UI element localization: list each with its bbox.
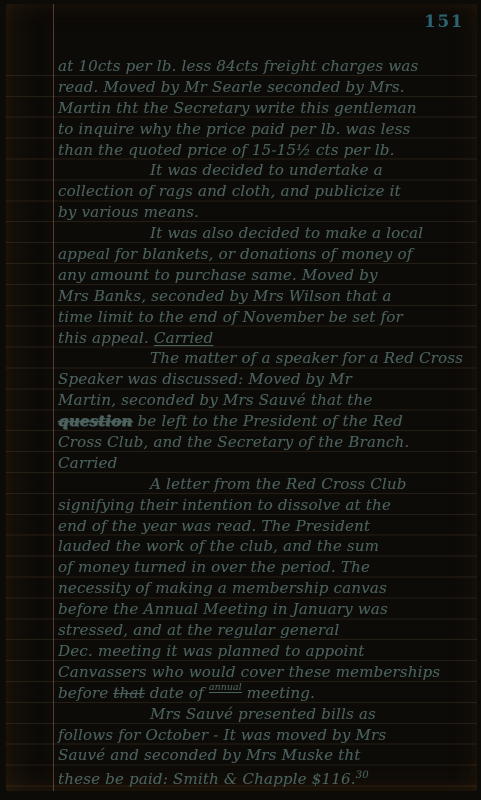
text-segment: Martin, seconded by Mrs Sauvé that the [58, 391, 372, 409]
handwritten-line: It was decided to undertake a [58, 160, 473, 181]
handwritten-line: at 10cts per lb. less 84cts freight char… [58, 56, 473, 77]
handwritten-line: this appeal. Carried [58, 328, 473, 349]
handwritten-line: Carried [58, 453, 473, 474]
text-segment: meeting. [242, 684, 315, 702]
handwritten-line: any amount to purchase same. Moved by [58, 265, 473, 286]
handwritten-line: Mrs Sauvé presented bills as [58, 704, 473, 725]
handwritten-line: Sauvé and seconded by Mrs Muske tht [58, 745, 473, 766]
text-segment: of money turned in over the period. The [58, 558, 370, 576]
handwritten-line: Cross Club, and the Secretary of the Bra… [58, 432, 473, 453]
handwritten-line: Canvassers who would cover these members… [58, 662, 473, 683]
handwritten-line: Martin tht the Secretary write this gent… [58, 98, 473, 119]
text-segment: necessity of making a membership canvas [58, 579, 387, 597]
text-segment: Mrs Banks, seconded by Mrs Wilson that a [58, 287, 392, 305]
text-segment: Cross Club, and the Secretary of the Bra… [58, 433, 409, 451]
handwritten-line: The matter of a speaker for a Red Cross [58, 348, 473, 369]
handwritten-line: read. Moved by Mr Searle seconded by Mrs… [58, 77, 473, 98]
text-segment: Sauvé and seconded by Mrs Muske tht [58, 746, 361, 764]
text-segment: time limit to the end of November be set… [58, 308, 403, 326]
handwritten-line: Mrs Banks, seconded by Mrs Wilson that a [58, 286, 473, 307]
text-segment: end of the year was read. The President [58, 517, 370, 535]
text-segment: It was also decided to make a local [150, 224, 423, 242]
text-segment: Dec. meeting it was planned to appoint [58, 642, 365, 660]
text-segment: Speaker was discussed: Moved by Mr [58, 370, 352, 388]
handwritten-line: by various means. [58, 202, 473, 223]
text-segment: Canvassers who would cover these members… [58, 663, 440, 681]
handwritten-line: Martin, seconded by Mrs Sauvé that the [58, 390, 473, 411]
text-segment: at 10cts per lb. less 84cts freight char… [58, 57, 418, 75]
scanned-page-photo: 151 at 10cts per lb. less 84cts freight … [0, 0, 481, 800]
text-segment-scribble: question [58, 412, 133, 430]
text-segment-sup: 30 [356, 770, 369, 781]
text-segment: any amount to purchase same. Moved by [58, 266, 378, 284]
handwritten-line: necessity of making a membership canvas [58, 578, 473, 599]
text-segment: lauded the work of the club, and the sum [58, 537, 379, 555]
text-segment: this appeal. [58, 329, 154, 347]
handwritten-line: stressed, and at the regular general [58, 620, 473, 641]
margin-rule-line [53, 4, 54, 791]
text-segment: read. Moved by Mr Searle seconded by Mrs… [58, 78, 405, 96]
handwritten-line: Speaker was discussed: Moved by Mr [58, 369, 473, 390]
text-segment: It was decided to undertake a [150, 161, 383, 179]
text-segment-ins: annual [209, 683, 242, 693]
page-number: 151 [424, 12, 464, 32]
handwritten-line: Dec. meeting it was planned to appoint [58, 641, 473, 662]
text-segment: follows for October - It was moved by Mr… [58, 726, 386, 744]
text-segment: A letter from the Red Cross Club [150, 475, 407, 493]
handwritten-line: It was also decided to make a local [58, 223, 473, 244]
text-segment: before [58, 684, 113, 702]
text-segment: Carried [58, 454, 117, 472]
text-segment: Martin tht the Secretary write this gent… [58, 99, 417, 117]
text-segment: be left to the President of the Red [133, 412, 403, 430]
handwritten-line: before that date of annual meeting. [58, 683, 473, 704]
handwritten-line: appeal for blankets, or donations of mon… [58, 244, 473, 265]
text-segment: these be paid: Smith & Chapple $116. [58, 770, 356, 788]
handwritten-line: than the quoted price of 15-15½ cts per … [58, 140, 473, 161]
text-segment: date of [145, 684, 209, 702]
text-segment: to inquire why the price paid per lb. wa… [58, 120, 410, 138]
handwritten-line: these be paid: Smith & Chapple $116.30 [58, 766, 473, 787]
text-segment: The matter of a speaker for a Red Cross [150, 349, 463, 367]
text-segment: Mrs Sauvé presented bills as [150, 705, 376, 723]
handwritten-line: collection of rags and cloth, and public… [58, 181, 473, 202]
text-segment: signifying their intention to dissolve a… [58, 496, 391, 514]
text-segment: by various means. [58, 203, 199, 221]
handwritten-line: question be left to the President of the… [58, 411, 473, 432]
handwritten-line: of money turned in over the period. The [58, 557, 473, 578]
ledger-page: 151 at 10cts per lb. less 84cts freight … [6, 4, 477, 791]
handwritten-line: follows for October - It was moved by Mr… [58, 725, 473, 746]
text-segment: stressed, and at the regular general [58, 621, 339, 639]
text-segment: collection of rags and cloth, and public… [58, 182, 401, 200]
text-segment: appeal for blankets, or donations of mon… [58, 245, 412, 263]
handwritten-line: time limit to the end of November be set… [58, 307, 473, 328]
handwritten-line: before the Annual Meeting in January was [58, 599, 473, 620]
text-segment-strike: that [113, 684, 144, 702]
handwritten-line: end of the year was read. The President [58, 516, 473, 537]
handwriting: at 10cts per lb. less 84cts freight char… [58, 56, 473, 787]
text-segment: than the quoted price of 15-15½ cts per … [58, 141, 395, 159]
text-segment-u: Carried [154, 329, 213, 347]
handwritten-line: signifying their intention to dissolve a… [58, 495, 473, 516]
handwritten-line: to inquire why the price paid per lb. wa… [58, 119, 473, 140]
handwritten-line: A letter from the Red Cross Club [58, 474, 473, 495]
text-segment: before the Annual Meeting in January was [58, 600, 388, 618]
handwritten-line: lauded the work of the club, and the sum [58, 536, 473, 557]
